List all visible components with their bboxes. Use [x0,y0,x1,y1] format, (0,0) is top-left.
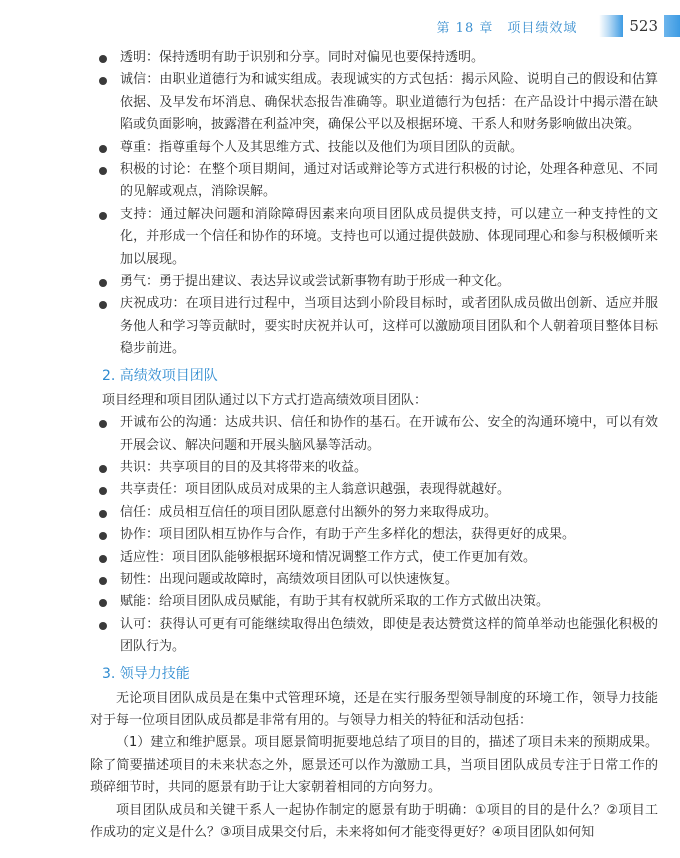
list-item: 共享责任：项目团队成员对成果的主人翁意识越强，表现得就越好。 [104,479,658,501]
section-heading-leadership-skills: 3. 领导力技能 [102,662,658,686]
bullet-icon [99,555,107,563]
list-item: 协作：项目团队相互协作与合作，有助于产生多样化的想法，获得更好的成果。 [104,524,658,546]
page-number: 523 [629,17,658,35]
bullet-icon [99,622,107,630]
bullet-icon [99,487,107,495]
list-item: 认可：获得认可更有可能继续取得出色绩效，即使是表达赞赏这样的简单举动也能强化积极… [104,614,658,659]
list-item: 韧性：出现问题或故障时，高绩效项目团队可以快速恢复。 [104,569,658,591]
page-body: 透明：保持透明有助于识别和分享。同时对偏见也要保持透明。 诚信：由职业道德行为和… [104,47,658,844]
bullet-icon [99,577,107,585]
list-item: 共识：共享项目的目的及其将带来的收益。 [104,457,658,479]
paragraph: 无论项目团队成员是在集中式管理环境，还是在实行服务型领导制度的环境工作，领导力技… [90,688,658,733]
bullet-icon [99,532,107,540]
values-list: 透明：保持透明有助于识别和分享。同时对偏见也要保持透明。 诚信：由职业道德行为和… [104,47,658,361]
paragraph: （1）建立和维护愿景。项目愿景简明扼要地总结了项目的目的，描述了项目未来的预期成… [90,732,658,799]
header-gradient-bar [599,15,623,37]
list-item: 勇气：勇于提出建议、表达异议或尝试新事物有助于形成一种文化。 [104,271,658,293]
bullet-icon [99,167,107,175]
list-item: 透明：保持透明有助于识别和分享。同时对偏见也要保持透明。 [104,47,658,69]
list-item: 诚信：由职业道德行为和诚实组成。表现诚实的方式包括：揭示风险、说明自己的假设和估… [104,69,658,136]
team-traits-list: 开诚布公的沟通：达成共识、信任和协作的基石。在开诚布公、安全的沟通环境中，可以有… [104,412,658,658]
list-item: 支持：通过解决问题和消除障碍因素来向项目团队成员提供支持，可以建立一种支持性的文… [104,204,658,271]
running-header: 第 18 章 项目绩效域 523 [437,14,680,38]
bullet-icon [99,77,107,85]
chapter-title: 第 18 章 项目绩效域 [437,17,578,36]
section-intro: 项目经理和项目团队通过以下方式打造高绩效项目团队： [102,390,658,412]
bullet-icon [99,145,107,153]
bullet-icon [99,212,107,220]
list-item: 赋能：给项目团队成员赋能，有助于其有权就所采取的工作方式做出决策。 [104,591,658,613]
section-heading-high-performance-team: 2. 高绩效项目团队 [102,364,658,388]
header-gradient-tab [664,15,680,37]
paragraph: 项目团队成员和关键干系人一起协作制定的愿景有助于明确：①项目的目的是什么？②项目… [90,800,658,845]
list-item: 适应性：项目团队能够根据环境和情况调整工作方式，使工作更加有效。 [104,547,658,569]
list-item: 积极的讨论：在整个项目期间，通过对话或辩论等方式进行积极的讨论，处理各种意见、不… [104,159,658,204]
bullet-icon [99,465,107,473]
bullet-icon [99,279,107,287]
list-item: 尊重：指尊重每个人及其思维方式、技能以及他们为项目团队的贡献。 [104,137,658,159]
bullet-icon [99,55,107,63]
bullet-icon [99,599,107,607]
bullet-icon [99,510,107,518]
bullet-icon [99,301,107,309]
list-item: 开诚布公的沟通：达成共识、信任和协作的基石。在开诚布公、安全的沟通环境中，可以有… [104,412,658,457]
bullet-icon [99,420,107,428]
list-item: 信任：成员相互信任的项目团队愿意付出额外的努力来取得成功。 [104,502,658,524]
list-item: 庆祝成功：在项目进行过程中，当项目达到小阶段目标时，或者团队成员做出创新、适应并… [104,293,658,360]
